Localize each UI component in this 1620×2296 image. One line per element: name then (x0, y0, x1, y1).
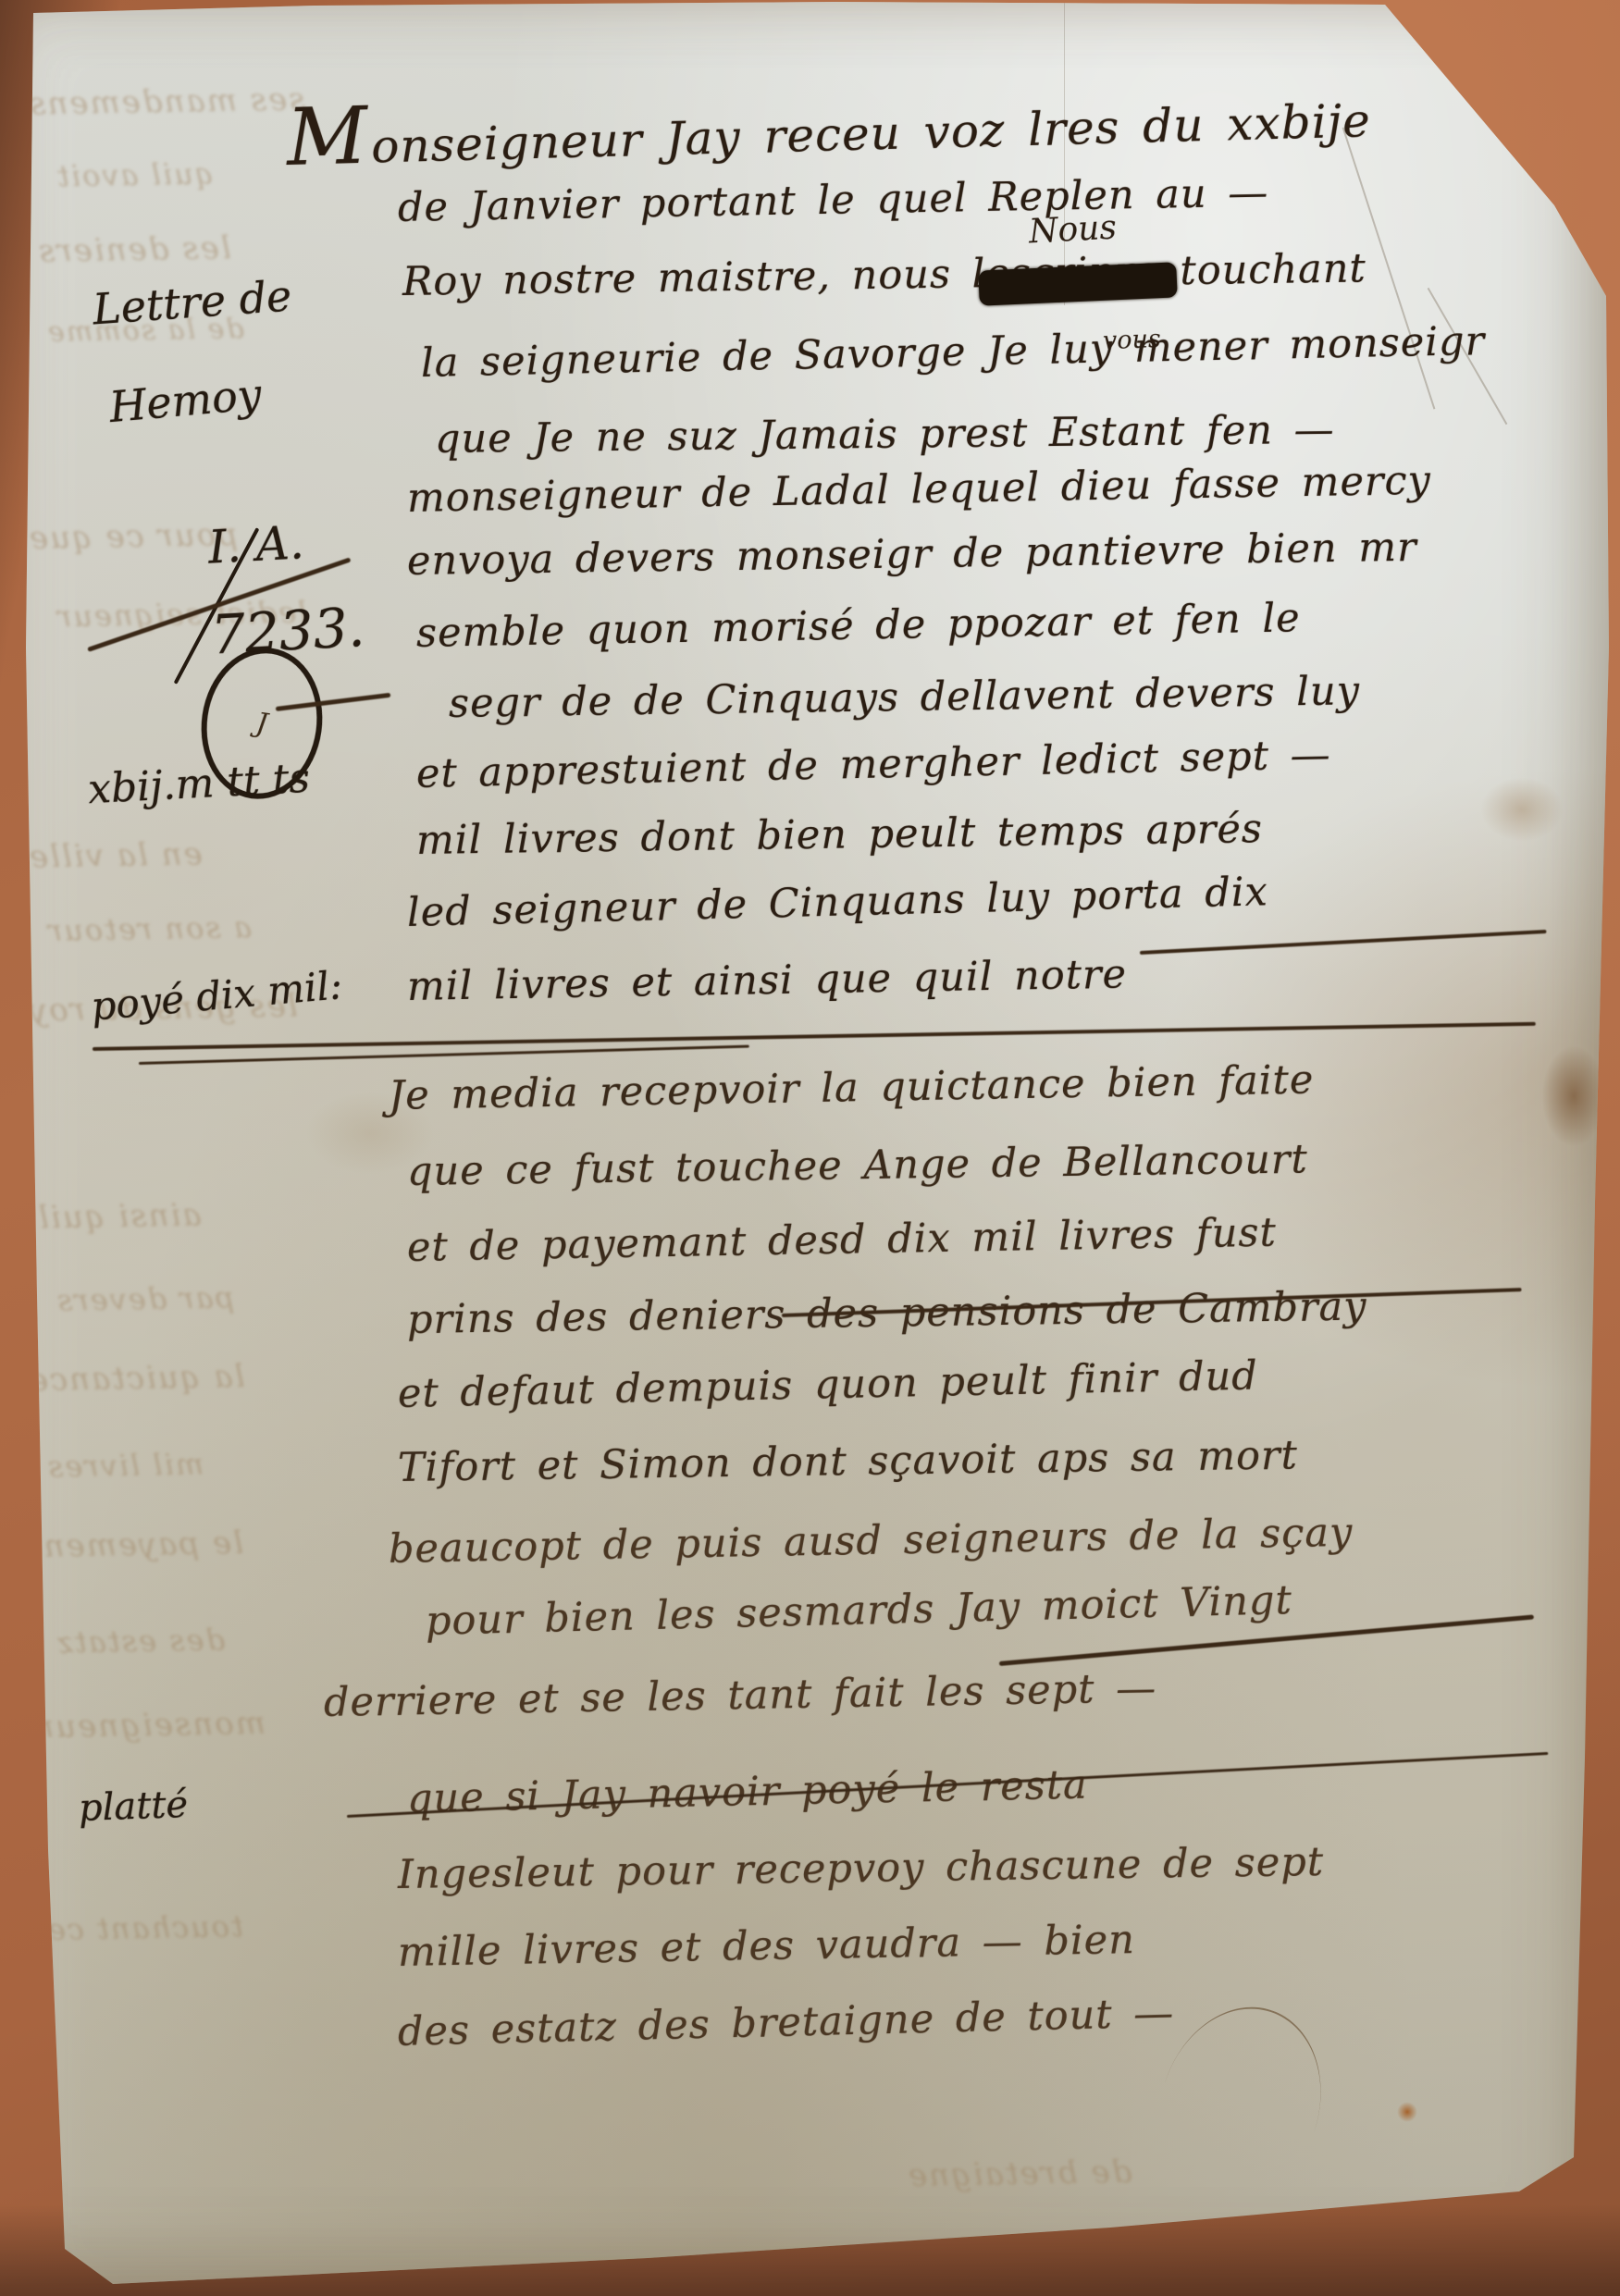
bleedthrough-line: en la ville (28, 835, 203, 875)
manuscript-line: mil livres et ainsi que quil notre (407, 944, 1546, 1010)
manuscript-line: monseigneur de Ladal lequel dieu fasse m… (407, 455, 1560, 522)
bleedthrough-line: touchant ce (46, 1908, 243, 1947)
shelfmark-letters: I. A. (207, 515, 305, 574)
manuscript-line: semble quon morisé de ppozar et fen le (416, 590, 1564, 657)
margin-note-sender: Hemoy (107, 369, 264, 432)
manuscript-line: led seigneur de Cinquans luy porta dix (406, 862, 1545, 936)
manuscript-line: Ingesleut pour recepvoy chascune de sept (398, 1836, 1555, 1898)
manuscript-line: prins des deniers des pensions de Cambra… (407, 1281, 1555, 1343)
manuscript-line: Monseigneur Jay receu voz lres du xxbije (286, 59, 1555, 184)
manuscript-line: et de payemant desd dix mil livres fust (407, 1204, 1555, 1271)
manuscript-line: et defaut dempuis quon peult finir dud (397, 1347, 1564, 1417)
manuscript-line: Roy nostre maistre, nous lescripre touch… (402, 243, 1555, 305)
bleedthrough-line: a son retour (46, 909, 253, 948)
bleedthrough-line: quil avoit (56, 156, 215, 194)
margin-bottom-note: platté (78, 1784, 189, 1830)
bleedthrough-line: de bretaigne (907, 2154, 1132, 2194)
manuscript-line: la seigneurie de Savorge Je luy mener mo… (420, 316, 1573, 387)
underline-dix-mil-long (93, 1022, 1536, 1051)
manuscript-line: mille livres et des vaudra — bien (398, 1910, 1537, 1976)
interlinear-insert-vous: vous (1102, 325, 1161, 355)
margin-note-lettre: Lettre de (91, 271, 292, 335)
manuscript-line: des estatz des bretaigne de tout — (397, 1981, 1536, 2055)
interlinear-insert-nous: Nous (1028, 209, 1118, 252)
manuscript-line: beaucopt de puis ausd seigneurs de la sç… (389, 1506, 1555, 1573)
crossed-out-word (978, 262, 1177, 305)
bleedthrough-line: les deniers (37, 229, 231, 270)
manuscript-line: derriere et se les tant fait les sept — (324, 1659, 1527, 1726)
rust-spot (1397, 2102, 1417, 2122)
manuscript-line: pour bien les sesmards Jay moict Vingt (425, 1572, 1536, 1645)
manuscript-page: ses mandemensquil avoitles deniersde la … (0, 0, 1620, 2296)
bleedthrough-line: ses mandemens (28, 80, 305, 122)
bleedthrough-line: ainsi quil (37, 1196, 202, 1236)
manuscript-line: et apprestuient de mergher ledict sept — (415, 727, 1554, 797)
bleedthrough-line: monseigneur (37, 1705, 266, 1746)
bleedthrough-line: le payement (28, 1524, 244, 1565)
shelfmark-number: 7233. (209, 596, 365, 667)
manuscript-line: segr de de Cinquays dellavent devers luy (449, 665, 1564, 727)
manuscript-line: que Je ne suz Jamais prest Estant fen — (435, 405, 1536, 463)
margin-amount-note: xbij.m tt ts (87, 755, 311, 813)
manuscript-line: Tifort et Simon dont sçavoit aps sa mort (398, 1429, 1555, 1491)
manuscript-line: envoya devers monseigr de pantievre bien… (407, 523, 1564, 585)
bleedthrough-line: par devers (56, 1279, 235, 1317)
manuscript-line: mil livres dont bien peult temps aprés (416, 802, 1527, 864)
bleedthrough-line: la quictance (28, 1358, 245, 1399)
bleedthrough-line: mil livres (46, 1447, 204, 1485)
manuscript-line: que ce fust touchee Ange de Bellancourt (407, 1133, 1555, 1195)
bleedthrough-line: des estatz (56, 1622, 226, 1660)
photo-background: ses mandemensquil avoitles deniersde la … (0, 0, 1620, 2296)
manuscript-line: Je media recepvoir la quictance bien fai… (389, 1053, 1555, 1119)
